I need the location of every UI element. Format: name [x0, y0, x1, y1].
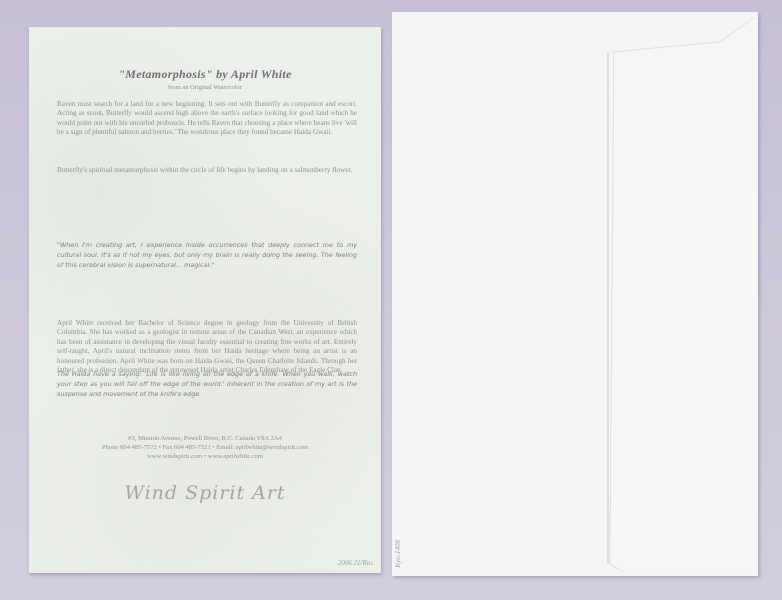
card-subtitle: from an Original Watercolor	[29, 84, 381, 91]
artist-bio: April White received her Bachelor of Sci…	[57, 319, 357, 375]
contact-address: #3, Mission Avenue, Powell River, B.C. C…	[51, 434, 359, 443]
wind-spirit-logo: Wind Spirit Art	[29, 482, 381, 504]
story-paragraph: Raven must search for a land for a new b…	[57, 100, 357, 138]
haida-saying: The Haida have a saying: 'Life is like l…	[57, 370, 357, 399]
card-title: "Metamorphosis" by April White	[29, 67, 381, 82]
envelope-side-note: Kyo-1408	[394, 540, 402, 568]
envelope-flap	[392, 12, 758, 576]
card-corner-note: 2006 21/Ras	[338, 559, 373, 567]
artist-quote: "When I'm creating art, I experience ins…	[57, 241, 357, 270]
contact-websites: www.windspirit.com • www.aprilwhite.com	[51, 452, 359, 461]
greeting-card: "Metamorphosis" by April White from an O…	[29, 27, 381, 573]
butterfly-paragraph: Butterfly's spiritual metamorphosis with…	[57, 166, 357, 175]
contact-block: #3, Mission Avenue, Powell River, B.C. C…	[51, 434, 359, 461]
contact-phone-email: Phone 604 485-7572 • Fax 604 485-7521 • …	[51, 443, 359, 452]
envelope: Kyo-1408	[392, 12, 758, 576]
